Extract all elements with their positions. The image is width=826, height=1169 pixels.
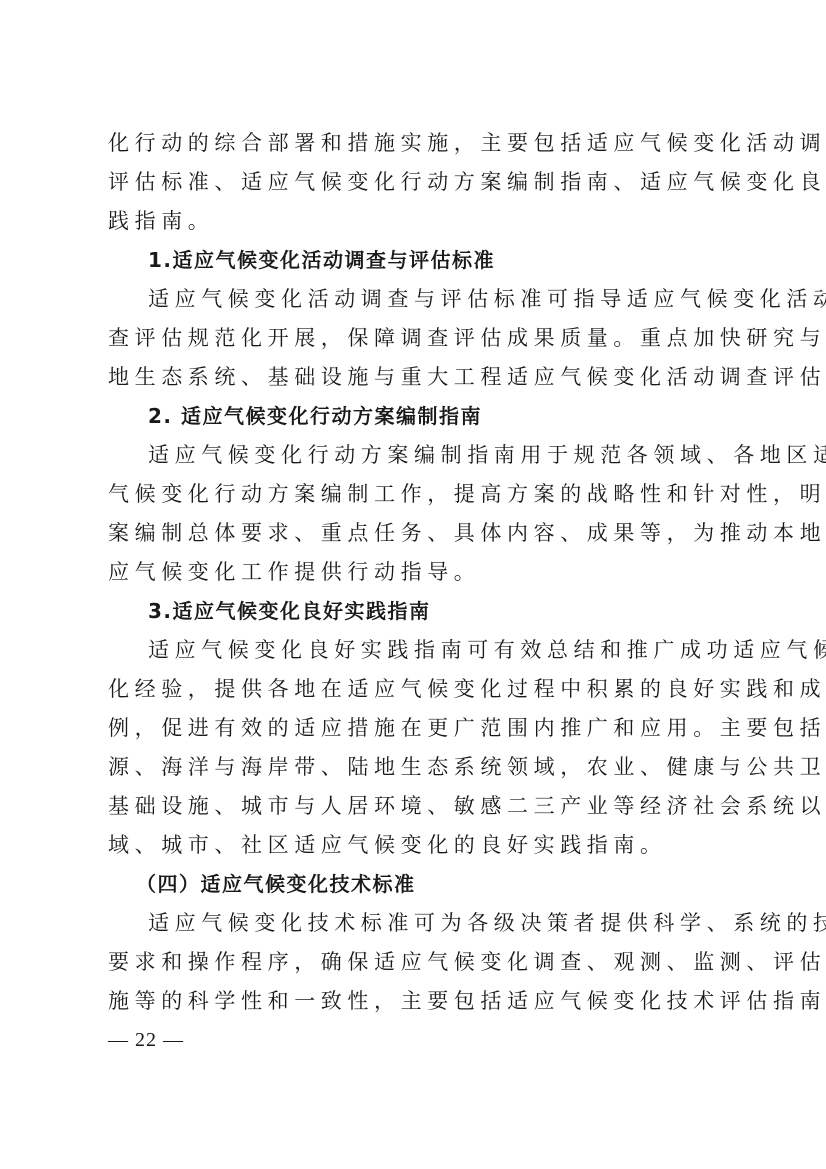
body-line: 适应气候变化活动调查与评估标准可指导适应气候变化活动调 [108, 280, 720, 319]
body-line: 案编制总体要求、重点任务、具体内容、成果等，为推动本地区适 [108, 514, 720, 553]
section-heading-2: 2. 适应气候变化行动方案编制指南 [108, 397, 720, 436]
document-page: 化行动的综合部署和措施实施，主要包括适应气候变化活动调查与 评估标准、适应气候变… [108, 124, 720, 1021]
body-line: 域、城市、社区适应气候变化的良好实践指南。 [108, 826, 720, 865]
body-line: 气候变化行动方案编制工作，提高方案的战略性和针对性，明确方 [108, 475, 720, 514]
section-heading-3: 3.适应气候变化良好实践指南 [108, 592, 720, 631]
body-line: 查评估规范化开展，保障调查评估成果质量。重点加快研究与制定陆 [108, 319, 720, 358]
body-line: 适应气候变化良好实践指南可有效总结和推广成功适应气候变 [108, 631, 720, 670]
body-line: 适应气候变化行动方案编制指南用于规范各领域、各地区适应 [108, 436, 720, 475]
body-line: 基础设施、城市与人居环境、敏感二三产业等经济社会系统以及区 [108, 787, 720, 826]
body-line: 地生态系统、基础设施与重大工程适应气候变化活动调查评估标准。 [108, 358, 720, 397]
body-line: 应气候变化工作提供行动指导。 [108, 553, 720, 592]
body-line: 适应气候变化技术标准可为各级决策者提供科学、系统的技术 [108, 904, 720, 943]
body-line: 源、海洋与海岸带、陆地生态系统领域，农业、健康与公共卫生、 [108, 748, 720, 787]
body-line: 践指南。 [108, 202, 720, 241]
body-line: 要求和操作程序，确保适应气候变化调查、观测、监测、评估、措 [108, 943, 720, 982]
page-number: — 22 — [108, 1027, 184, 1053]
body-line: 评估标准、适应气候变化行动方案编制指南、适应气候变化良好实 [108, 163, 720, 202]
section-heading-1: 1.适应气候变化活动调查与评估标准 [108, 241, 720, 280]
body-line: 化经验，提供各地在适应气候变化过程中积累的良好实践和成功案 [108, 670, 720, 709]
section-heading-4: （四）适应气候变化技术标准 [108, 865, 720, 904]
body-line: 例，促进有效的适应措施在更广范围内推广和应用。主要包括水资 [108, 709, 720, 748]
body-line: 施等的科学性和一致性，主要包括适应气候变化技术评估指南、适 [108, 982, 720, 1021]
body-line: 化行动的综合部署和措施实施，主要包括适应气候变化活动调查与 [108, 124, 720, 163]
